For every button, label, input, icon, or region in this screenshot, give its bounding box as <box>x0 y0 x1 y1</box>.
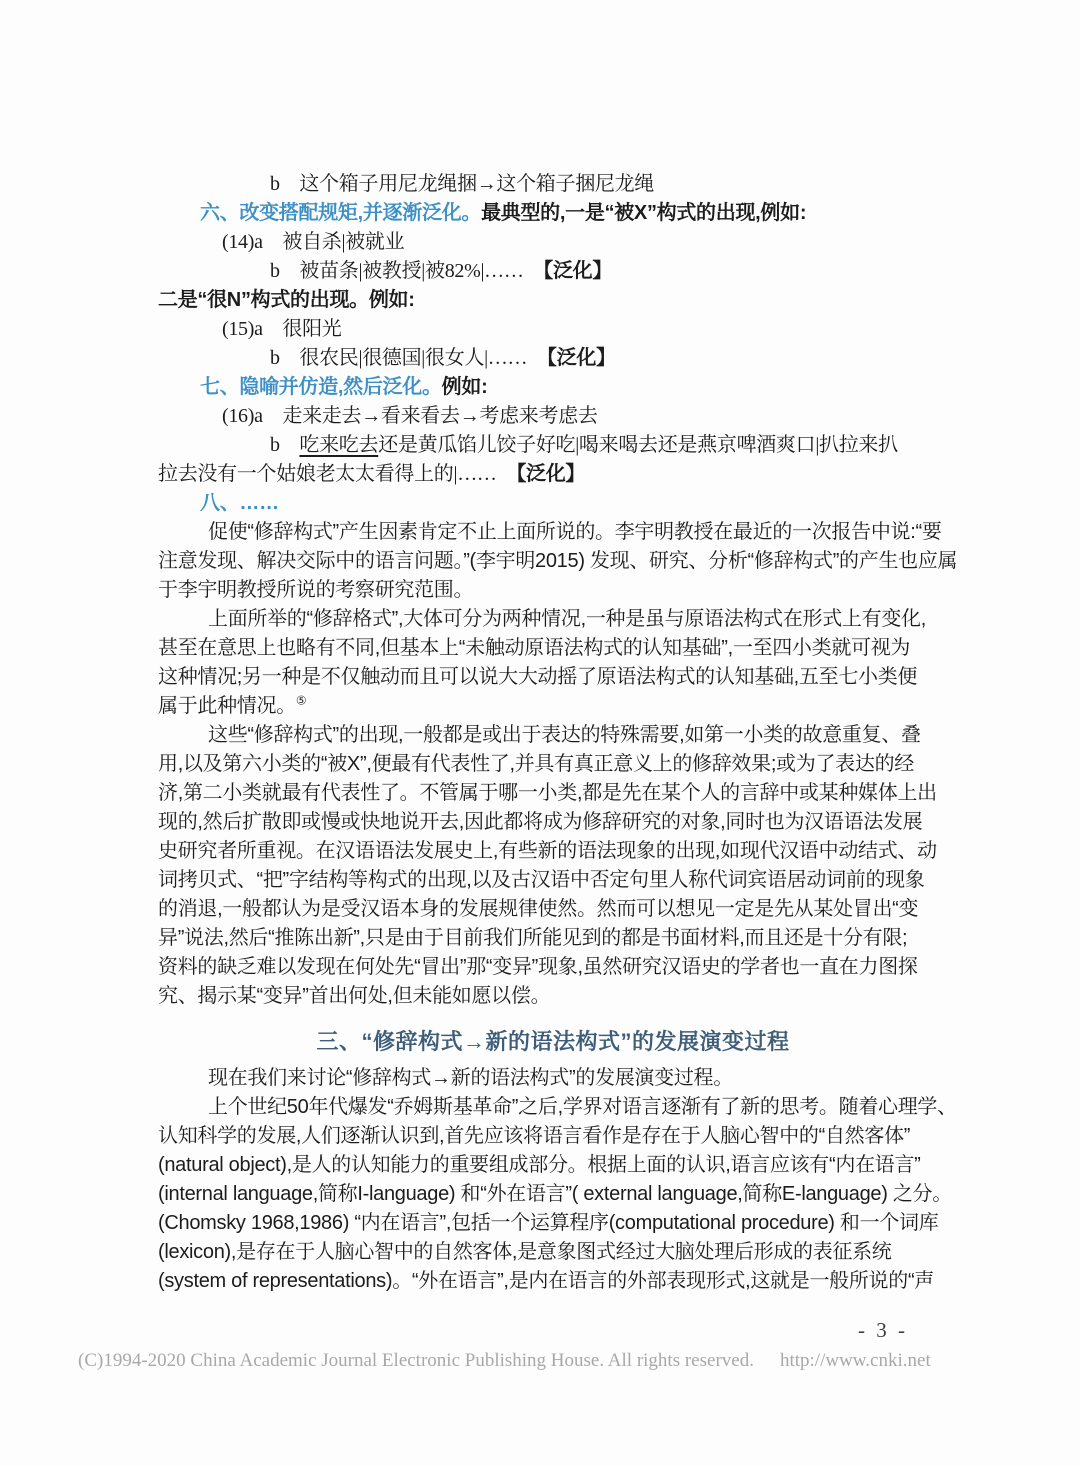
paragraph-line: (Chomsky 1968,1986) “内在语言”,包括一个运算程序(comp… <box>158 1209 948 1238</box>
footer: (C)1994-2020 China Academic Journal Elec… <box>78 1350 1008 1372</box>
example-line: (16)a 走来走去→看来看去→考虑来考虑去 <box>158 402 948 431</box>
paragraph-line: 这些“修辞构式”的出现,一般都是或出于表达的特殊需要,如第一小类的故意重复、叠 <box>158 721 948 750</box>
subheading-2nd-case: 二是“很N”构式的出现。例如: <box>158 286 948 315</box>
document-content: b 这个箱子用尼龙绳捆→这个箱子捆尼龙绳六、改变搭配规矩,并逐渐泛化。最典型的,… <box>158 170 948 1296</box>
text-run: 属于此种情况。 <box>158 695 296 717</box>
paragraph-line: 上面所举的“修辞格式”,大体可分为两种情况,一种是虽与原语法构式在形式上有变化, <box>158 605 948 634</box>
text-run: 例如: <box>442 376 488 398</box>
text-run: 【泛化】 <box>547 347 616 369</box>
page-number: - 3 - <box>858 1318 908 1343</box>
text-run: 异”说法,然后“推陈出新”,只是由于目前我们所能见到的都是书面材料,而且还是十分… <box>158 927 907 949</box>
text-run: b <box>270 434 299 456</box>
subheading-7: 七、隐喻并仿造,然后泛化。例如: <box>158 373 948 402</box>
text-run: b 被苗条|被教授|被82%|…… <box>270 260 543 282</box>
text-run: 拉去没有一个姑娘老太太看得上的|…… <box>158 463 516 485</box>
text-run: 【泛化】 <box>543 260 612 282</box>
text-run: (lexicon),是存在于人脑心智中的自然客体,是意象图式经过大脑处理后形成的… <box>158 1241 892 1263</box>
example-line: 拉去没有一个姑娘老太太看得上的|…… 【泛化】 <box>158 460 948 489</box>
text-run: 这种情况;另一种是不仅触动而且可以说大大动摇了原语法构式的认知基础,五至七小类便 <box>158 666 917 688</box>
text-run: 二是“很N”构式的出现。例如: <box>158 289 415 311</box>
paragraph-line: 注意发现、解决交际中的语言问题。”(李宇明2015) 发现、研究、分析“修辞构式… <box>158 547 948 576</box>
section-title: 三、“修辞构式→新的语法构式”的发展演变过程 <box>158 1027 948 1056</box>
paragraph-line: 认知科学的发展,人们逐渐认识到,首先应该将语言看作是存在于人脑心智中的“自然客体… <box>158 1122 948 1151</box>
text-run: 词拷贝式、“把”字结构等构式的出现,以及古汉语中否定句里人称代词宾语居动词前的现… <box>158 869 925 891</box>
paragraph-line: 上个世纪50年代爆发“乔姆斯基革命”之后,学界对语言逐渐有了新的思考。随着心理学… <box>158 1093 948 1122</box>
paragraph-line: 促使“修辞构式”产生因素肯定不止上面所说的。李宇明教授在最近的一次报告中说:“要 <box>158 518 948 547</box>
text-run: 史研究者所重视。在汉语语法发展史上,有些新的语法现象的出现,如现代汉语中动结式、… <box>158 840 937 862</box>
text-run: 现的,然后扩散即或慢或快地说开去,因此都将成为修辞研究的对象,同时也为汉语语法发… <box>158 811 922 833</box>
text-run: (16)a 走来走去→看来看去→考虑来考虑去 <box>222 405 598 427</box>
footer-copyright: (C)1994-2020 China Academic Journal Elec… <box>78 1350 754 1371</box>
paragraph-line: (lexicon),是存在于人脑心智中的自然客体,是意象图式经过大脑处理后形成的… <box>158 1238 948 1267</box>
example-line: b 被苗条|被教授|被82%|…… 【泛化】 <box>158 257 948 286</box>
paragraph-line: 济,第二小类就最有代表性了。不管属于哪一小类,都是先在某个人的言辞中或某种媒体上… <box>158 779 948 808</box>
paragraph-line: 词拷贝式、“把”字结构等构式的出现,以及古汉语中否定句里人称代词宾语居动词前的现… <box>158 866 948 895</box>
text-run: 七、隐喻并仿造,然后泛化。 <box>200 376 442 398</box>
example-line: b 这个箱子用尼龙绳捆→这个箱子捆尼龙绳 <box>158 170 948 199</box>
text-run: 【泛化】 <box>516 463 585 485</box>
paragraph-line: 资料的缺乏难以发现在何处先“冒出”那“变异”现象,虽然研究汉语史的学者也一直在力… <box>158 953 948 982</box>
text-run: 还是黄瓜馅儿饺子好吃|喝来喝去还是燕京啤酒爽口|扒拉来扒 <box>378 434 898 456</box>
paragraph-line: 这种情况;另一种是不仅触动而且可以说大大动摇了原语法构式的认知基础,五至七小类便 <box>158 663 948 692</box>
paragraph-line: 甚至在意思上也略有不同,但基本上“未触动原语法构式的认知基础”,一至四小类就可视… <box>158 634 948 663</box>
text-run: 认知科学的发展,人们逐渐认识到,首先应该将语言看作是存在于人脑心智中的“自然客体… <box>158 1125 910 1147</box>
paragraph-line: 史研究者所重视。在汉语语法发展史上,有些新的语法现象的出现,如现代汉语中动结式、… <box>158 837 948 866</box>
text-run: 上面所举的“修辞格式”,大体可分为两种情况,一种是虽与原语法构式在形式上有变化, <box>208 608 926 630</box>
paragraph-line: (natural object),是人的认知能力的重要组成部分。根据上面的认识,… <box>158 1151 948 1180</box>
text-run: 三、“修辞构式→新的语法构式”的发展演变过程 <box>316 1029 789 1054</box>
example-line: b 很农民|很德国|很女人|…… 【泛化】 <box>158 344 948 373</box>
text-run: 资料的缺乏难以发现在何处先“冒出”那“变异”现象,虽然研究汉语史的学者也一直在力… <box>158 956 918 978</box>
text-run: b 很农民|很德国|很女人|…… <box>270 347 547 369</box>
paragraph-line: 现在我们来讨论“修辞构式→新的语法构式”的发展演变过程。 <box>158 1064 948 1093</box>
paragraph-line: 的消退,一般都认为是受汉语本身的发展规律使然。然而可以想见一定是先从某处冒出“变 <box>158 895 948 924</box>
text-run: 于李宇明教授所说的考察研究范围。 <box>158 579 473 601</box>
subheading-8: 八、…… <box>158 489 948 518</box>
text-run: ⑤ <box>296 693 306 707</box>
example-line: (14)a 被自杀|被就业 <box>158 228 948 257</box>
text-run: 现在我们来讨论“修辞构式→新的语法构式”的发展演变过程。 <box>208 1067 733 1089</box>
text-run: (15)a 很阳光 <box>222 318 342 340</box>
text-run: 济,第二小类就最有代表性了。不管属于哪一小类,都是先在某个人的言辞中或某种媒体上… <box>158 782 937 804</box>
paragraph-line: (system of representations)。“外在语言”,是内在语言… <box>158 1267 948 1296</box>
text-run: 的消退,一般都认为是受汉语本身的发展规律使然。然而可以想见一定是先从某处冒出“变 <box>158 898 918 920</box>
journal-page: b 这个箱子用尼龙绳捆→这个箱子捆尼龙绳六、改变搭配规矩,并逐渐泛化。最典型的,… <box>0 0 1080 1466</box>
text-run: 甚至在意思上也略有不同,但基本上“未触动原语法构式的认知基础”,一至四小类就可视… <box>158 637 910 659</box>
paragraph-line: 究、揭示某“变异”首出何处,但未能如愿以偿。 <box>158 982 948 1011</box>
paragraph-line: 现的,然后扩散即或慢或快地说开去,因此都将成为修辞研究的对象,同时也为汉语语法发… <box>158 808 948 837</box>
text-run: 六、改变搭配规矩,并逐渐泛化。 <box>200 202 481 224</box>
text-run: (natural object),是人的认知能力的重要组成部分。根据上面的认识,… <box>158 1154 921 1176</box>
paragraph-line: 用,以及第六小类的“被X”,便最有代表性了,并具有真正意义上的修辞效果;或为了表… <box>158 750 948 779</box>
paragraph-line: 于李宇明教授所说的考察研究范围。 <box>158 576 948 605</box>
example-line: (15)a 很阳光 <box>158 315 948 344</box>
text-run: 八、…… <box>200 492 279 514</box>
text-run: 上个世纪50年代爆发“乔姆斯基革命”之后,学界对语言逐渐有了新的思考。随着心理学… <box>208 1096 957 1118</box>
text-run: 这些“修辞构式”的出现,一般都是或出于表达的特殊需要,如第一小类的故意重复、叠 <box>208 724 921 746</box>
text-run: (internal language,简称I-language) 和“外在语言”… <box>158 1183 952 1205</box>
text-run: 究、揭示某“变异”首出何处,但未能如愿以偿。 <box>158 985 550 1007</box>
paragraph-line: (internal language,简称I-language) 和“外在语言”… <box>158 1180 948 1209</box>
footer-url: http://www.cnki.net <box>780 1350 931 1371</box>
text-run: 吃来吃去 <box>299 434 378 456</box>
paragraph-line: 异”说法,然后“推陈出新”,只是由于目前我们所能见到的都是书面材料,而且还是十分… <box>158 924 948 953</box>
text-run: 促使“修辞构式”产生因素肯定不止上面所说的。李宇明教授在最近的一次报告中说:“要 <box>208 521 942 543</box>
text-run: (14)a 被自杀|被就业 <box>222 231 404 253</box>
text-run: b 这个箱子用尼龙绳捆→这个箱子捆尼龙绳 <box>270 173 654 195</box>
text-run: 用,以及第六小类的“被X”,便最有代表性了,并具有真正意义上的修辞效果;或为了表… <box>158 753 914 775</box>
text-run: (system of representations)。“外在语言”,是内在语言… <box>158 1270 934 1292</box>
text-run: (Chomsky 1968,1986) “内在语言”,包括一个运算程序(comp… <box>158 1212 938 1234</box>
example-line: b 吃来吃去还是黄瓜馅儿饺子好吃|喝来喝去还是燕京啤酒爽口|扒拉来扒 <box>158 431 948 460</box>
text-run: 最典型的,一是“被X”构式的出现,例如: <box>481 202 806 224</box>
subheading-6: 六、改变搭配规矩,并逐渐泛化。最典型的,一是“被X”构式的出现,例如: <box>158 199 948 228</box>
paragraph-line: 属于此种情况。⑤ <box>158 692 948 721</box>
text-run: 注意发现、解决交际中的语言问题。”(李宇明2015) 发现、研究、分析“修辞构式… <box>158 550 957 572</box>
